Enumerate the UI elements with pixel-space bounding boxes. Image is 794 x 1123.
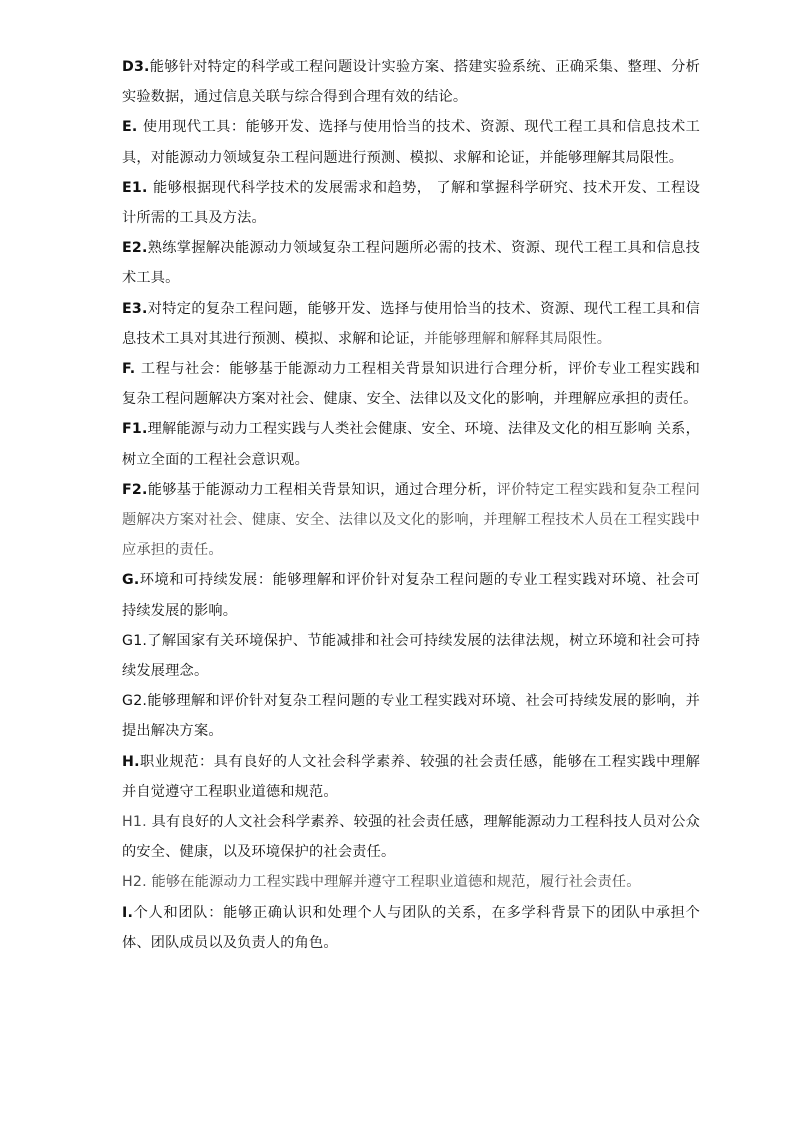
paragraph-text: 个人和团队：能够正确认识和处理个人与团队的关系，在多学科背景下的团队中承担个体、… <box>122 905 700 951</box>
paragraph-F2: F2.能够基于能源动力工程相关背景知识，通过合理分析，评价特定工程实践和复杂工程… <box>122 475 700 566</box>
paragraph-text: 能够理解和评价针对复杂工程问题的专业工程实践对环境、社会可持续发展的影响，并提出… <box>122 693 700 739</box>
paragraph-F1: F1.理解能源与动力工程实践与人类社会健康、安全、环境、法律及文化的相互影响 关… <box>122 414 700 474</box>
paragraph-label: F1. <box>122 421 148 437</box>
paragraph-D3: D3.能够针对特定的科学或工程问题设计实验方案、搭建实验系统、正确采集、整理、分… <box>122 52 700 112</box>
paragraph-text: 使用现代工具：能够开发、选择与使用恰当的技术、资源、现代工程工具和信息技术工具，… <box>122 119 700 165</box>
paragraph-G2: G2.能够理解和评价针对复杂工程问题的专业工程实践对环境、社会可持续发展的影响，… <box>122 686 700 746</box>
paragraph-G: G.环境和可持续发展：能够理解和评价针对复杂工程问题的专业工程实践对环境、社会可… <box>122 565 700 625</box>
paragraph-text: 能够基于能源动力工程相关背景知识，通过合理分析， <box>148 482 497 498</box>
paragraph-label: E1. <box>122 180 153 196</box>
paragraph-label: H1. <box>122 814 152 830</box>
paragraph-G1: G1.了解国家有关环境保护、节能减排和社会可持续发展的法律法规，树立环境和社会可… <box>122 626 700 686</box>
paragraph-E1: E1. 能够根据现代科学技术的发展需求和趋势， 了解和掌握科学研究、技术开发、工… <box>122 173 700 233</box>
paragraph-text: 熟练掌握解决能源动力领域复杂工程问题所必需的技术、资源、现代工程工具和信息技术工… <box>122 240 700 286</box>
paragraph-label: H2. <box>122 874 152 890</box>
paragraph-text: 工程与社会：能够基于能源动力工程相关背景知识进行合理分析，评价专业工程实践和复杂… <box>122 361 700 407</box>
paragraph-label: E2. <box>122 240 148 256</box>
paragraph-E3: E3.对特定的复杂工程问题，能够开发、选择与使用恰当的技术、资源、现代工程工具和… <box>122 294 700 354</box>
paragraph-text-muted: 并能够理解和解释其局限性。 <box>424 331 611 347</box>
paragraph-text: 对特定的复杂工程问题，能够开发、选择与使用恰当的技术、资源、现代工程工具和信息技… <box>122 301 700 347</box>
document-page: D3.能够针对特定的科学或工程问题设计实验方案、搭建实验系统、正确采集、整理、分… <box>122 52 700 958</box>
paragraph-text: 职业规范：具有良好的人文社会科学素养、较强的社会责任感，能够在工程实践中理解并自… <box>122 754 700 800</box>
paragraph-label: G2. <box>122 693 147 709</box>
paragraph-label: F. <box>122 361 141 377</box>
paragraph-label: F2. <box>122 482 148 498</box>
paragraph-H: H.职业规范：具有良好的人文社会科学素养、较强的社会责任感，能够在工程实践中理解… <box>122 747 700 807</box>
paragraph-E: E. 使用现代工具：能够开发、选择与使用恰当的技术、资源、现代工程工具和信息技术… <box>122 112 700 172</box>
paragraph-label: H. <box>122 754 140 770</box>
paragraph-label: G1. <box>122 633 147 649</box>
paragraph-label: D3. <box>122 59 150 75</box>
paragraph-I: I.个人和团队：能够正确认识和处理个人与团队的关系，在多学科背景下的团队中承担个… <box>122 898 700 958</box>
paragraph-text-muted: 能够在能源动力工程实践中理解并遵守工程职业道德和规范，履行社会责任。 <box>152 874 641 890</box>
paragraph-label: E3. <box>122 301 148 317</box>
paragraph-label: I. <box>122 905 133 921</box>
paragraph-text: 能够根据现代科学技术的发展需求和趋势， 了解和掌握科学研究、技术开发、工程设计所… <box>122 180 700 226</box>
paragraph-text: 了解国家有关环境保护、节能减排和社会可持续发展的法律法规，树立环境和社会可持续发… <box>122 633 700 679</box>
paragraph-text: 环境和可持续发展：能够理解和评价针对复杂工程问题的专业工程实践对环境、社会可持续… <box>122 572 700 618</box>
paragraph-E2: E2.熟练掌握解决能源动力领域复杂工程问题所必需的技术、资源、现代工程工具和信息… <box>122 233 700 293</box>
paragraph-label: G. <box>122 572 139 588</box>
paragraph-label: E. <box>122 119 143 135</box>
paragraph-F: F. 工程与社会：能够基于能源动力工程相关背景知识进行合理分析，评价专业工程实践… <box>122 354 700 414</box>
paragraph-text: 具有良好的人文社会科学素养、较强的社会责任感，理解能源动力工程科技人员对公众的安… <box>122 814 700 860</box>
paragraph-text: 能够针对特定的科学或工程问题设计实验方案、搭建实验系统、正确采集、整理、分析实验… <box>122 59 700 105</box>
paragraph-H1: H1. 具有良好的人文社会科学素养、较强的社会责任感，理解能源动力工程科技人员对… <box>122 807 700 867</box>
paragraph-text: 理解能源与动力工程实践与人类社会健康、安全、环境、法律及文化的相互影响 关系，树… <box>122 421 700 467</box>
paragraph-H2: H2. 能够在能源动力工程实践中理解并遵守工程职业道德和规范，履行社会责任。 <box>122 867 700 897</box>
